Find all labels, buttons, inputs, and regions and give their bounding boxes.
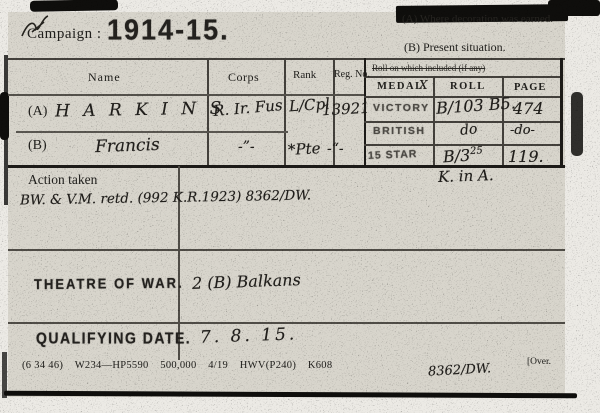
medal-british-page: -do- — [510, 123, 535, 138]
subheader-roll: ROLL — [450, 81, 486, 92]
table-right-border — [560, 58, 563, 168]
col-rule-corps-rank — [284, 58, 286, 166]
table-top-rule — [8, 58, 565, 60]
qualifying-date-value: 7. 8. 15. — [200, 324, 298, 347]
medal-star-roll-main: B/3 — [442, 146, 471, 167]
roll-header-underline — [364, 76, 560, 78]
medal-star-roll-sup: 25 — [470, 145, 483, 157]
row-b-corps-ditto: -”- — [238, 139, 255, 155]
roll-included-header: Roll on which included (if any) — [372, 63, 485, 73]
row-a-reg-no: 13921 — [322, 99, 371, 119]
form-print-code: (6 34 46) W234—HP5590 500,000 4/19 HWV(P… — [22, 360, 332, 371]
subheader-medal: MEDAL — [377, 81, 424, 92]
medal-star-roll: B/325 — [442, 145, 483, 167]
col-header-reg-no: Reg. No. — [334, 69, 370, 80]
medal-star-page: 119. — [508, 147, 544, 166]
theatre-of-war-value: 2 (B) Balkans — [192, 270, 301, 293]
medal-victory-page: 474 — [513, 99, 544, 118]
theatre-of-war-stamp: THEATRE OF WAR. — [34, 275, 184, 293]
medal-victory-stamp: VICTORY — [373, 102, 430, 114]
note-where-decoration-earned: (A) Where decoration was earned. — [402, 13, 553, 25]
section-rule-1 — [8, 249, 565, 251]
scan-artifact-top-left — [30, 0, 118, 12]
row-b-name: Francis — [95, 135, 160, 157]
medal-british-stamp: BRITISH — [373, 125, 426, 137]
col-header-rank: Rank — [293, 69, 316, 81]
note-present-situation: (B) Present situation. — [404, 40, 506, 55]
scan-artifact-left-blob — [0, 92, 9, 140]
medal-index-card-scan: (A) Where decoration was earned. Campaig… — [0, 0, 600, 413]
row-b-rank: *Pte — [288, 139, 321, 159]
medal-star-stamp: 15 STAR — [368, 148, 418, 162]
row-a-name: H A R K I N S — [55, 99, 226, 122]
medal-british-roll: do — [459, 121, 478, 139]
section-rule-2 — [8, 322, 565, 324]
row-b-reg-ditto: -“- — [327, 141, 344, 157]
over-label: [Over. — [527, 357, 551, 367]
killed-in-action-note: K. in A. — [438, 166, 494, 186]
col-header-name: Name — [88, 70, 121, 85]
col-header-corps: Corps — [228, 70, 259, 85]
campaign-value-stamp: 1914-15. — [107, 14, 230, 47]
action-taken-label: Action taken — [28, 172, 97, 188]
qualifying-date-stamp: QUALIFYING DATE. — [36, 329, 191, 347]
row-a-prefix: (A) — [28, 104, 47, 120]
subheader-page: PAGE — [514, 82, 546, 93]
row-a-writing-line — [16, 131, 288, 133]
row-b-prefix: (B) — [28, 138, 47, 154]
scan-artifact-right-blob — [571, 92, 583, 156]
medal-check-mark: X — [419, 78, 428, 92]
campaign-label: Campaign : — [27, 26, 102, 43]
